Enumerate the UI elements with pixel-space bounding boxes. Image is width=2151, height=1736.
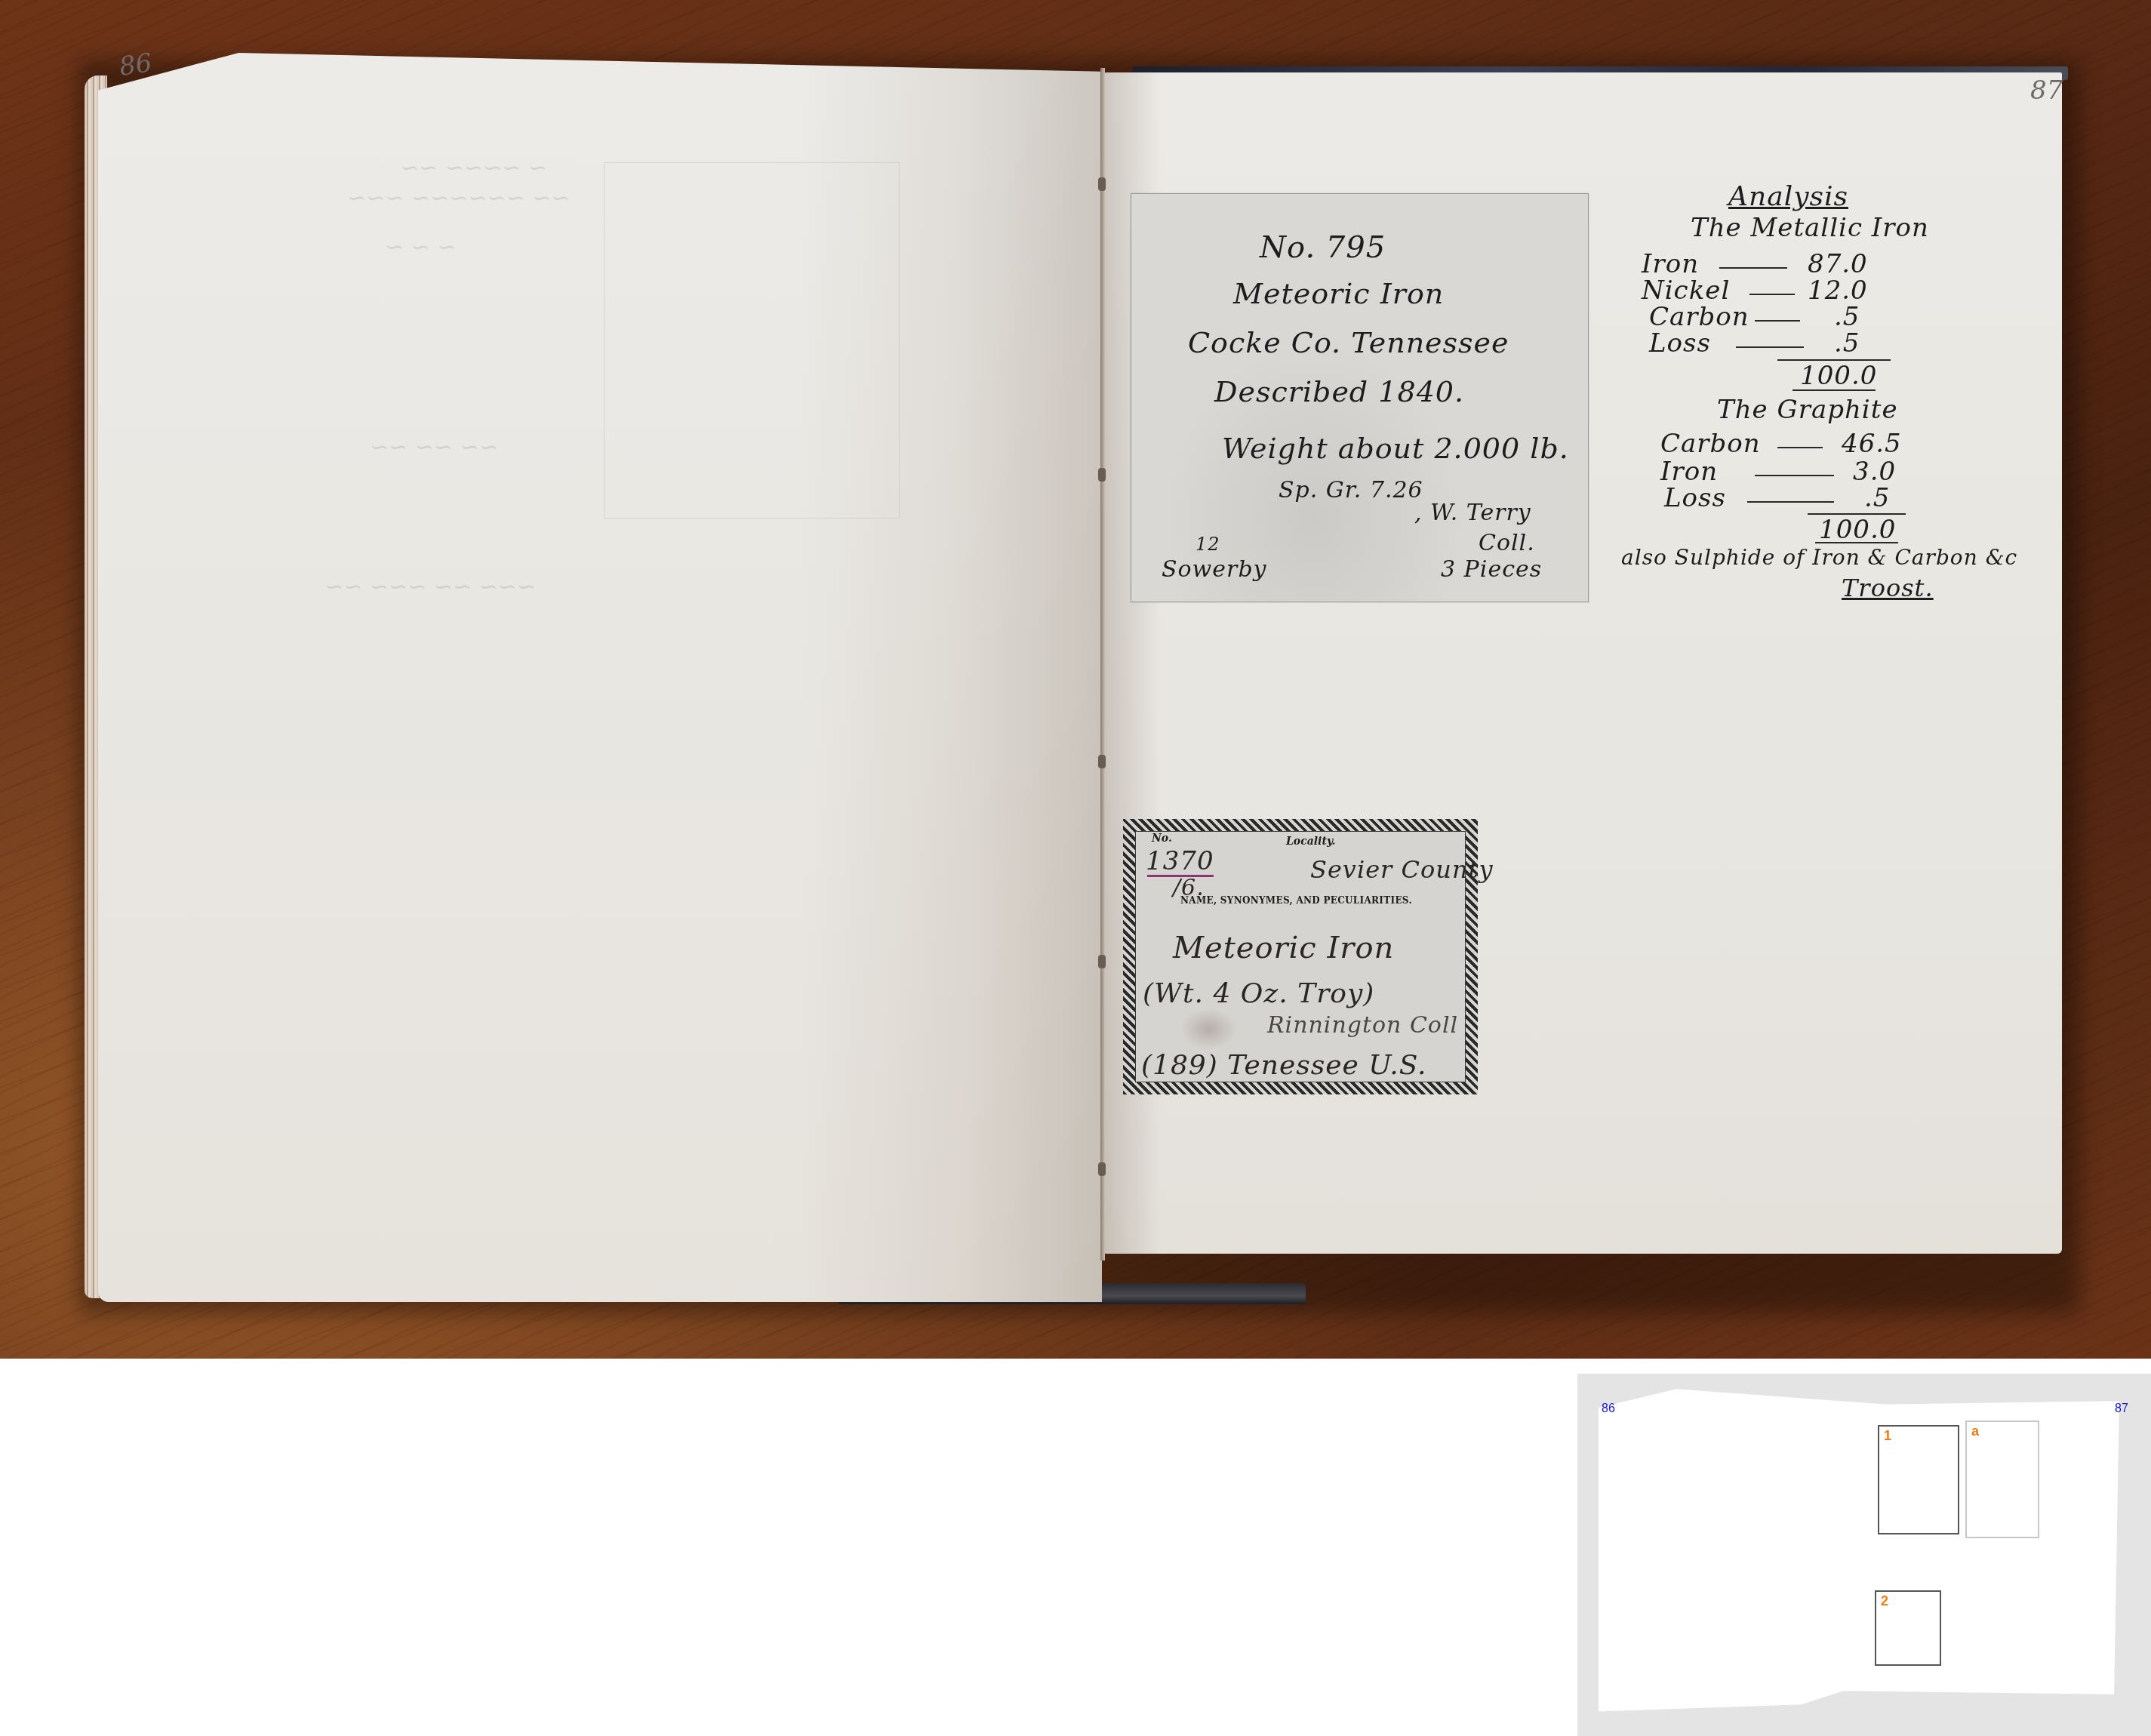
sum-underline <box>1792 389 1876 391</box>
row-value: .5 <box>1864 483 1890 513</box>
section-total: 100.0 <box>1819 515 1896 545</box>
row-value: .5 <box>1834 328 1860 359</box>
label-described: Described 1840. <box>1214 375 1464 408</box>
gutter <box>1100 68 1105 1260</box>
minimap-region-1[interactable]: 1 <box>1878 1425 1959 1534</box>
label-weight: Weight about 2.000 lb. <box>1222 432 1569 465</box>
left-page: ~ ~~~~ ~~ ~~ ~~~~~~ ~~~ ~ ~ ~ ~~ ~~ ~~ ~… <box>98 53 1102 1302</box>
row-value: 12.0 <box>1808 275 1868 306</box>
leader-dash <box>1736 346 1804 348</box>
binding-stitch <box>1098 468 1106 482</box>
label-collection: , W. Terry <box>1414 500 1531 526</box>
printed-header: NAME, SYNONYMES, AND PECULIARITIES. <box>1180 895 1412 906</box>
label-name-value: Meteoric Iron <box>1173 931 1394 965</box>
printed-locality: Locality. <box>1286 836 1335 848</box>
row-value: .5 <box>1834 302 1860 332</box>
row-label: Iron <box>1642 249 1699 279</box>
leader-dash <box>1777 447 1823 448</box>
section-total: 100.0 <box>1800 361 1877 391</box>
minimap-region-tag: 1 <box>1884 1428 1891 1444</box>
sum-underline <box>1815 542 1898 543</box>
label-locality-value: Sevier County <box>1310 855 1493 884</box>
minimap-region-2[interactable]: 2 <box>1875 1590 1941 1666</box>
minimap-page-number-right: 87 <box>2115 1402 2128 1416</box>
analysis-title: Analysis <box>1728 181 1848 212</box>
minimap-spread-outline <box>1599 1387 2119 1728</box>
label-number-top: 1370 <box>1146 846 1214 876</box>
specimen-label-1370: No. Locality. 1370 /6. Sevier County NAM… <box>1123 819 1478 1094</box>
bleed-through-text: ~~ ~~~~~~ ~~~ <box>347 185 571 211</box>
binding-stitch <box>1098 177 1106 191</box>
row-value: 46.5 <box>1842 429 1902 459</box>
label-count-note: 12 <box>1196 534 1220 555</box>
label-locality: Cocke Co. Tennessee <box>1188 326 1509 359</box>
label-number: No. 795 <box>1260 230 1386 265</box>
section-heading-graphite: The Graphite <box>1717 395 1898 425</box>
leader-dash <box>1747 501 1834 503</box>
printed-no: No. <box>1152 833 1172 845</box>
row-label: Loss <box>1649 328 1711 359</box>
row-label: Loss <box>1664 483 1726 513</box>
label-collection-suffix: Coll. <box>1479 530 1535 556</box>
book-photo: ~ ~~~~ ~~ ~~ ~~~~~~ ~~~ ~ ~ ~ ~~ ~~ ~~ ~… <box>0 0 2151 1359</box>
row-label: Carbon <box>1649 302 1749 332</box>
binding-stitch <box>1098 755 1106 768</box>
leader-dash <box>1755 475 1834 476</box>
section-heading-metallic-iron: The Metallic Iron <box>1691 213 1929 243</box>
label-specimen-name: Meteoric Iron <box>1233 277 1444 310</box>
bleed-through-text: ~~~ ~~ ~~~ ~~ <box>325 574 536 600</box>
binding-stitch <box>1098 955 1106 968</box>
bleed-through-text: ~ ~~~~ ~~ <box>400 155 547 181</box>
page-number-left: 86 <box>117 48 153 82</box>
row-label: Iron <box>1660 457 1718 487</box>
bleed-through-text: ~~ ~~ ~~ <box>370 434 498 460</box>
layout-minimap: 86 87 1 a 2 <box>1577 1374 2151 1736</box>
row-label: Nickel <box>1642 275 1730 306</box>
label-collection-value: Rinnington Coll <box>1267 1012 1458 1039</box>
row-value: 3.0 <box>1853 457 1896 487</box>
label-author: Sowerby <box>1162 556 1267 583</box>
minimap-region-tag: a <box>1971 1424 1979 1439</box>
label-specific-gravity: Sp. Gr. 7.26 <box>1279 477 1423 503</box>
label-pieces: 3 Pieces <box>1441 556 1542 583</box>
label-weight-value: (Wt. 4 Oz. Troy) <box>1143 978 1374 1009</box>
minimap-region-tag: 2 <box>1881 1593 1888 1609</box>
label-origin-value: (189) Tenessee U.S. <box>1141 1050 1427 1081</box>
analysis-attribution: Troost. <box>1842 574 1934 602</box>
analysis-note: also Sulphide of Iron & Carbon &c <box>1621 545 2017 570</box>
row-label: Carbon <box>1660 429 1761 459</box>
specimen-label-795: No. 795 Meteoric Iron Cocke Co. Tennesse… <box>1131 193 1589 602</box>
leader-dash <box>1749 294 1795 295</box>
row-value: 87.0 <box>1808 249 1868 279</box>
bleed-through-text: ~ ~ ~ <box>385 234 456 260</box>
bleed-through-label-outline <box>604 162 900 519</box>
minimap-page-number-left: 86 <box>1602 1402 1615 1416</box>
minimap-region-a[interactable]: a <box>1965 1421 2039 1538</box>
label-stain <box>1180 1008 1237 1050</box>
page-number-right: 87 <box>2030 75 2063 106</box>
leader-dash <box>1719 267 1787 269</box>
binding-stitch <box>1098 1162 1106 1176</box>
leader-dash <box>1755 320 1800 322</box>
